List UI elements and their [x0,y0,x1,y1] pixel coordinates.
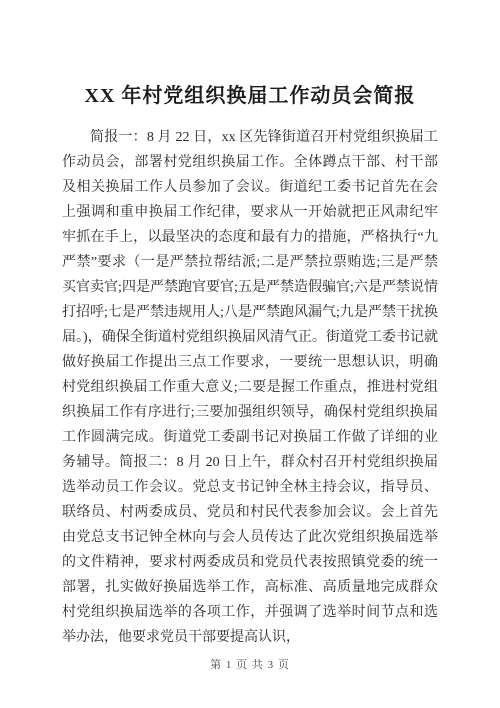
document-page: XX 年村党组织换届工作动员会简报 简报一：8 月 22 日，xx 区先锋街道召… [0,0,500,708]
document-title: XX 年村党组织换届工作动员会简报 [62,82,438,110]
page-number-footer: 第 1 页 共 3 页 [0,656,500,672]
document-body-paragraph: 简报一：8 月 22 日，xx 区先锋街道召开村党组织换届工作动员会，部署村党组… [62,125,438,650]
